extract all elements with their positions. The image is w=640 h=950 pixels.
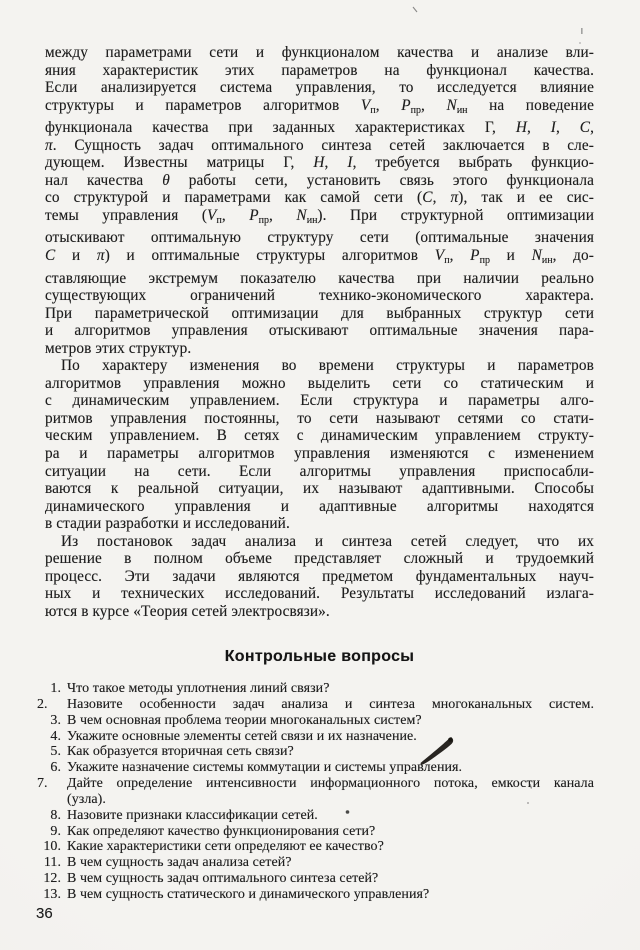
question-text: Как определяют качество функционирования… bbox=[67, 824, 375, 839]
text-line: ваются к реальной ситуации, их называют … bbox=[45, 480, 594, 498]
text-line: ра и параметры алгоритмов управления изм… bbox=[45, 445, 594, 463]
question-line: 10.Какие характеристики сети определяют … bbox=[67, 839, 594, 855]
question-number: 10. bbox=[37, 839, 61, 855]
question-line: 1.Что такое методы уплотнения линий связ… bbox=[67, 681, 594, 697]
text-line: ются в курсе «Теория сетей электросвязи»… bbox=[45, 603, 594, 621]
text-line: отыскивают оптимальную структуру сети (о… bbox=[45, 229, 594, 247]
question-text: В чем основная проблема теории многокана… bbox=[67, 713, 422, 728]
question-line: 11.В чем сущность задач анализа сетей? bbox=[67, 855, 594, 871]
question-number: 3. bbox=[37, 713, 61, 729]
text-line: Из постановок задач анализа и синтеза се… bbox=[45, 533, 594, 551]
question-line: (узла). bbox=[67, 792, 594, 808]
question-line: 13.В чем сущность статического и динамич… bbox=[67, 887, 594, 903]
text-line: ритмов управления постоянны, то сети наз… bbox=[45, 410, 594, 428]
question-number: 9. bbox=[37, 824, 61, 840]
text-line: в стадии разработки и исследований. bbox=[45, 515, 594, 533]
question-item: 3.В чем основная проблема теории многока… bbox=[37, 713, 594, 729]
question-text: Как образуется вторичная сеть связи? bbox=[67, 744, 294, 759]
text-line: со структурой и параметрами как самой се… bbox=[45, 189, 594, 207]
question-text: В чем сущность задач оптимального синтез… bbox=[67, 871, 378, 886]
text-line: и алгоритмов управления отыскивают оптим… bbox=[45, 322, 594, 340]
question-number: 1. bbox=[37, 681, 61, 697]
question-text: Укажите назначение системы коммутации и … bbox=[67, 760, 462, 775]
text-line: процесс. Эти задачи являются предметом ф… bbox=[45, 568, 594, 586]
paragraph: По характеру изменения во времени структ… bbox=[45, 357, 594, 532]
text-line: с динамическим управлением. Если структу… bbox=[45, 392, 594, 410]
question-line: 9.Как определяют качество функционирован… bbox=[67, 824, 594, 840]
text-line: существующих ограничений технико-экономи… bbox=[45, 287, 594, 305]
question-item: 9.Как определяют качество функционирован… bbox=[37, 824, 594, 840]
question-line: 8.Назовите признаки классификации сетей. bbox=[67, 808, 594, 824]
question-number: 13. bbox=[37, 887, 61, 903]
question-number: 6. bbox=[37, 760, 61, 776]
question-item: 7.Дайте определение интенсивности информ… bbox=[37, 776, 594, 808]
question-item: 6.Укажите назначение системы коммутации … bbox=[37, 760, 594, 776]
question-line: 5.Как образуется вторичная сеть связи? bbox=[67, 744, 594, 760]
page-number: 36 bbox=[36, 905, 53, 922]
text-line: ных и технических исследований. Результа… bbox=[45, 585, 594, 603]
text-line: ческим управлением. В сетях с динамическ… bbox=[45, 427, 594, 445]
text-line: Если анализируется система управления, т… bbox=[45, 79, 594, 97]
text-line: дующем. Известны матрицы Г, H, I, требуе… bbox=[45, 154, 594, 172]
question-number: 2. bbox=[37, 697, 61, 713]
question-item: 13.В чем сущность статического и динамич… bbox=[37, 887, 594, 903]
question-text: В чем сущность задач анализа сетей? bbox=[67, 855, 292, 870]
paragraph: между параметрами сети и функционалом ка… bbox=[45, 44, 594, 357]
question-item: 1.Что такое методы уплотнения линий связ… bbox=[37, 681, 594, 697]
question-item: 10.Какие характеристики сети определяют … bbox=[37, 839, 594, 855]
text-line: функционала качества при заданных характ… bbox=[45, 119, 594, 137]
question-number: 8. bbox=[37, 808, 61, 824]
question-number: 7. bbox=[37, 776, 61, 792]
question-line: 7.Дайте определение интенсивности информ… bbox=[67, 776, 594, 792]
question-text: Дайте определение интенсивности информац… bbox=[67, 776, 594, 791]
question-item: 12.В чем сущность задач оптимального син… bbox=[37, 871, 594, 887]
question-item: 11.В чем сущность задач анализа сетей? bbox=[37, 855, 594, 871]
question-line: 4.Укажите основные элементы сетей связи … bbox=[67, 729, 594, 745]
text-line: π. Сущность задач оптимального синтеза с… bbox=[45, 137, 594, 155]
question-line: 3.В чем основная проблема теории многока… bbox=[67, 713, 594, 729]
questions-list: 1.Что такое методы уплотнения линий связ… bbox=[37, 681, 594, 903]
question-line: 2.Назовите особенности задач анализа и с… bbox=[67, 697, 594, 713]
text-line: При параметрической оптимизации для выбр… bbox=[45, 305, 594, 323]
paragraph: Из постановок задач анализа и синтеза се… bbox=[45, 533, 594, 621]
text-line: По характеру изменения во времени структ… bbox=[45, 357, 594, 375]
text-line: динамического управления и адаптивные ал… bbox=[45, 498, 594, 516]
question-number: 12. bbox=[37, 871, 61, 887]
question-text: Назовите признаки классификации сетей. bbox=[67, 808, 318, 823]
question-item: 2.Назовите особенности задач анализа и с… bbox=[37, 697, 594, 713]
question-item: 5.Как образуется вторичная сеть связи? bbox=[37, 744, 594, 760]
question-item: 4.Укажите основные элементы сетей связи … bbox=[37, 729, 594, 745]
question-text: Что такое методы уплотнения линий связи? bbox=[67, 681, 329, 696]
question-text: Укажите основные элементы сетей связи и … bbox=[67, 729, 417, 744]
question-number: 4. bbox=[37, 729, 61, 745]
book-page: между параметрами сети и функционалом ка… bbox=[0, 0, 640, 950]
text-line: нал качества θ работы сети, установить с… bbox=[45, 172, 594, 190]
question-text: В чем сущность статического и динамическ… bbox=[67, 887, 429, 902]
text-line: C и π) и оптимальные структуры алгоритмо… bbox=[45, 247, 594, 270]
text-line: яния характеристик этих параметров на фу… bbox=[45, 62, 594, 80]
question-number: 11. bbox=[37, 855, 61, 871]
question-text: Назовите особенности задач анализа и син… bbox=[67, 697, 594, 712]
question-item: 8.Назовите признаки классификации сетей. bbox=[37, 808, 594, 824]
question-line: 12.В чем сущность задач оптимального син… bbox=[67, 871, 594, 887]
text-line: структуры и параметров алгоритмов Vп, Pп… bbox=[45, 97, 594, 120]
text-line: решение в полном объеме представляет сло… bbox=[45, 550, 594, 568]
question-text: Какие характеристики сети определяют ее … bbox=[67, 839, 384, 854]
body-text: между параметрами сети и функционалом ка… bbox=[45, 44, 594, 621]
question-number: 5. bbox=[37, 744, 61, 760]
section-heading: Контрольные вопросы bbox=[45, 648, 594, 666]
text-line: ситуации на сети. Если алгоритмы управле… bbox=[45, 463, 594, 481]
text-line: темы управления (Vп, Pпр, Nин). При стру… bbox=[45, 207, 594, 230]
text-line: ставляющие экстремум показателю качества… bbox=[45, 270, 594, 288]
text-line: между параметрами сети и функционалом ка… bbox=[45, 44, 594, 62]
text-line: алгоритмов управления можно выделить сет… bbox=[45, 375, 594, 393]
question-line: 6.Укажите назначение системы коммутации … bbox=[67, 760, 594, 776]
text-line: метров этих структур. bbox=[45, 340, 594, 358]
